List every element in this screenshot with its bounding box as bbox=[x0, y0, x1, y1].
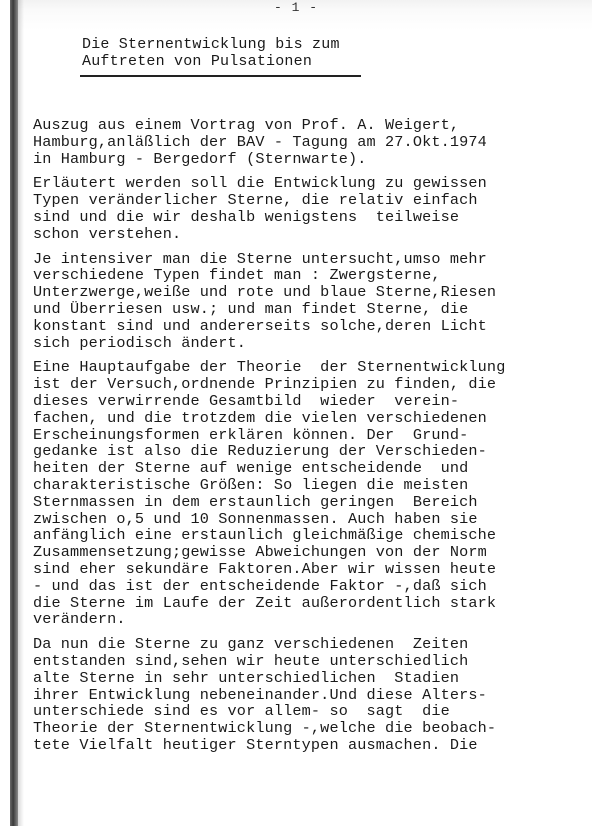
text-line: sich periodisch ändert. bbox=[33, 335, 592, 352]
document-page: - 1 - Die Sternentwicklung bis zum Auftr… bbox=[0, 0, 592, 826]
title-line: Die Sternentwicklung bis zum bbox=[82, 36, 340, 53]
text-line: charakteristische Größen: So liegen die … bbox=[33, 477, 592, 494]
text-line: Typen veränderlicher Sterne, die relativ… bbox=[33, 192, 592, 209]
title-underline bbox=[80, 75, 361, 77]
text-line: Hamburg,anläßlich der BAV - Tagung am 27… bbox=[33, 134, 592, 151]
text-line: ihrer Entwicklung nebeneinander.Und dies… bbox=[33, 687, 592, 704]
text-line: Unterzwerge,weiße und rote und blaue Ste… bbox=[33, 284, 592, 301]
text-line: in Hamburg - Bergedorf (Sternwarte). bbox=[33, 151, 592, 168]
paragraph: Eine Hauptaufgabe der Theorie der Sterne… bbox=[33, 359, 592, 628]
text-line: gedanke ist also die Reduzierung der Ver… bbox=[33, 443, 592, 460]
binding-gradient bbox=[18, 0, 24, 826]
text-line: Eine Hauptaufgabe der Theorie der Sterne… bbox=[33, 359, 592, 376]
text-line: Erläutert werden soll die Entwicklung zu… bbox=[33, 175, 592, 192]
page-number: - 1 - bbox=[0, 0, 592, 15]
binding-shadow bbox=[10, 0, 18, 826]
text-line: ist der Versuch,ordnende Prinzipien zu f… bbox=[33, 376, 592, 393]
text-line: alte Sterne in sehr unterschiedlichen St… bbox=[33, 670, 592, 687]
text-line: dieses verwirrende Gesamtbild wieder ver… bbox=[33, 393, 592, 410]
paragraph: Je intensiver man die Sterne untersucht,… bbox=[33, 251, 592, 352]
text-line: Theorie der Sternentwicklung -,welche di… bbox=[33, 720, 592, 737]
text-line: unterschiede sind es vor allem- so sagt … bbox=[33, 703, 592, 720]
text-line: Je intensiver man die Sterne untersucht,… bbox=[33, 251, 592, 268]
text-line: sind und die wir deshalb wenigstens teil… bbox=[33, 209, 592, 226]
text-line: zwischen o,5 und 10 Sonnenmassen. Auch h… bbox=[33, 511, 592, 528]
text-line: konstant sind und andererseits solche,de… bbox=[33, 318, 592, 335]
text-line: fachen, und die trotzdem die vielen vers… bbox=[33, 410, 592, 427]
text-line: die Sterne im Laufe der Zeit außerordent… bbox=[33, 595, 592, 612]
text-line: heiten der Sterne auf wenige entscheiden… bbox=[33, 460, 592, 477]
text-line: schon verstehen. bbox=[33, 226, 592, 243]
text-line: entstanden sind,sehen wir heute untersch… bbox=[33, 653, 592, 670]
text-line: sind eher sekundäre Faktoren.Aber wir wi… bbox=[33, 561, 592, 578]
document-body: Auszug aus einem Vortrag von Prof. A. We… bbox=[33, 117, 592, 762]
text-line: Erscheinungsformen erklären können. Der … bbox=[33, 427, 592, 444]
text-line: verschiedene Typen findet man : Zwergste… bbox=[33, 267, 592, 284]
paragraph: Erläutert werden soll die Entwicklung zu… bbox=[33, 175, 592, 242]
text-line: - und das ist der entscheidende Faktor -… bbox=[33, 578, 592, 595]
text-line: und Überriesen usw.; und man findet Ster… bbox=[33, 301, 592, 318]
paragraph: Da nun die Sterne zu ganz verschiedenen … bbox=[33, 636, 592, 754]
text-line: verändern. bbox=[33, 611, 592, 628]
document-title: Die Sternentwicklung bis zum Auftreten v… bbox=[82, 36, 340, 70]
text-line: anfänglich eine erstaunlich gleichmäßige… bbox=[33, 527, 592, 544]
page-edge bbox=[0, 0, 10, 826]
text-line: Zusammensetzung;gewisse Abweichungen von… bbox=[33, 544, 592, 561]
title-line: Auftreten von Pulsationen bbox=[82, 53, 340, 70]
text-line: Auszug aus einem Vortrag von Prof. A. We… bbox=[33, 117, 592, 134]
text-line: Sternmassen in dem erstaunlich geringen … bbox=[33, 494, 592, 511]
text-line: tete Vielfalt heutiger Sterntypen ausmac… bbox=[33, 737, 592, 754]
text-line: Da nun die Sterne zu ganz verschiedenen … bbox=[33, 636, 592, 653]
paragraph: Auszug aus einem Vortrag von Prof. A. We… bbox=[33, 117, 592, 167]
